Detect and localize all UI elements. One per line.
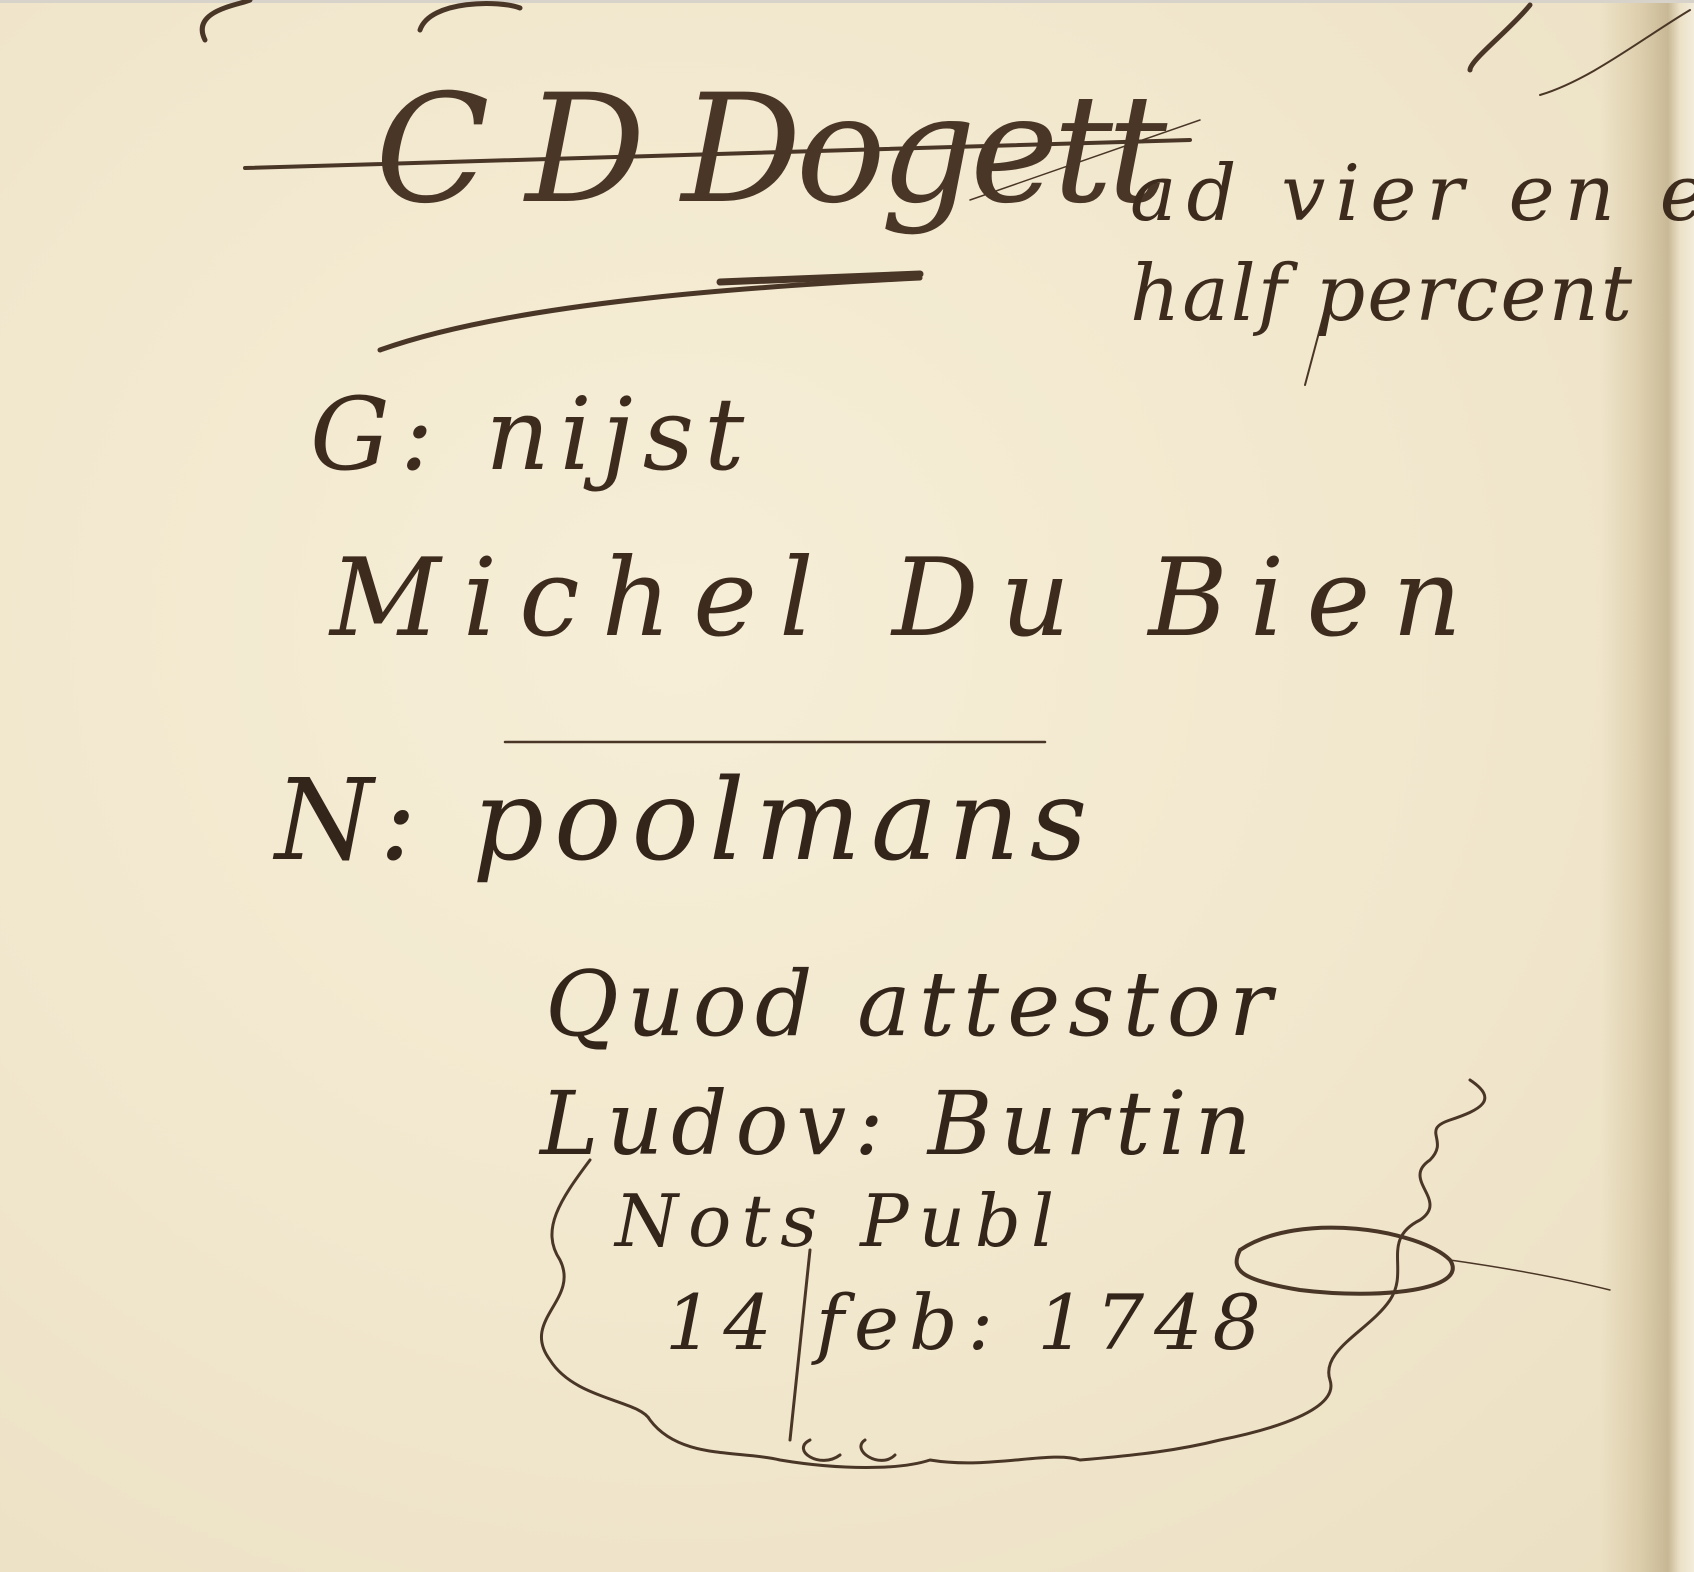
attestation-date: 14 feb: 1748 <box>665 1285 1271 1361</box>
notary-name: Ludov: Burtin <box>540 1080 1259 1168</box>
signature-poolmans: N: poolmans <box>275 765 1097 877</box>
signature-nijst: G: nijst <box>310 385 754 485</box>
margin-note-line-2: half percent <box>1130 255 1634 333</box>
notary-title: Nots Publ <box>615 1185 1064 1257</box>
previous-line-fragment <box>202 0 250 40</box>
attestation-formula: Quod attestor <box>545 960 1280 1050</box>
signature-michel-du-bien: Michel Du Bien <box>330 545 1484 653</box>
signature-underline-flourish <box>380 278 920 350</box>
margin-note-line-1: ad vier en een <box>1130 155 1694 233</box>
manuscript-page: C D Dogett ad vier en een half percent G… <box>0 0 1694 1572</box>
scan-top-edge <box>0 0 1694 3</box>
struck-signature: C D Dogett <box>375 75 1161 225</box>
